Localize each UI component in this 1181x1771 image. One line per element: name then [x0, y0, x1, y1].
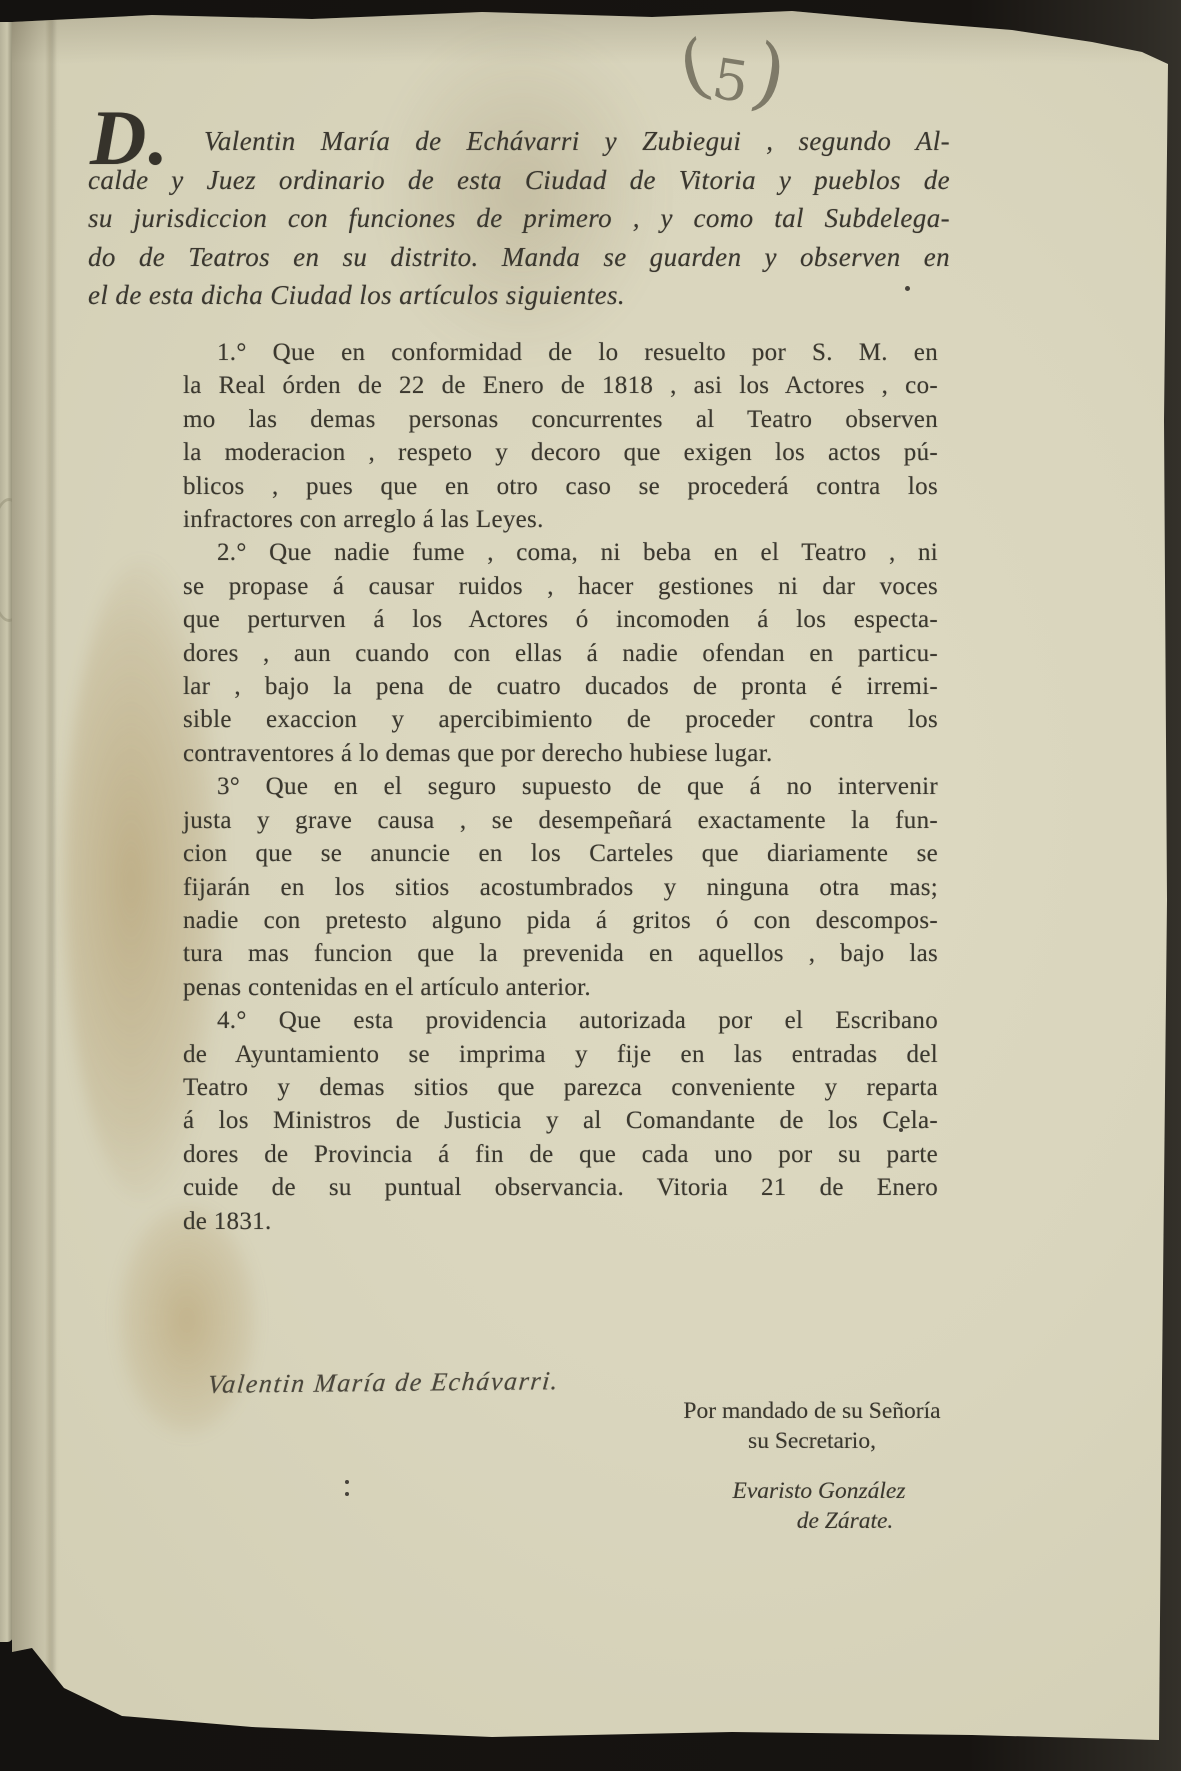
header-line: su jurisdiccion con funciones de primero…: [88, 199, 950, 238]
article-line: que perturven á los Actores ó incomoden …: [183, 603, 938, 636]
secretary-name: Evaristo González: [612, 1476, 1012, 1506]
header-line: do de Teatros en su distrito. Manda se g…: [88, 238, 950, 277]
article-line: tura mas funcion que la prevenida en aqu…: [183, 937, 938, 970]
drop-cap: D.: [90, 108, 170, 168]
mandate-line: Por mandado de su Señoría: [612, 1396, 1012, 1426]
article-line: cuide de su puntual observancia. Vitoria…: [183, 1171, 938, 1204]
article-line: de 1831.: [183, 1205, 938, 1238]
signature-script: Valentin María de Echávarri.: [206, 1366, 560, 1400]
article-line: mo las demas personas concurrentes al Te…: [183, 403, 938, 436]
article-line: contraventores á lo demas que por derech…: [183, 737, 938, 770]
document-header: D. Valentin María de Echávarri y Zubiegu…: [88, 122, 950, 315]
article-line: dores de Provincia á fin de que cada uno…: [183, 1138, 938, 1171]
article-line: 4.° Que esta providencia autorizada por …: [183, 1004, 938, 1037]
fold-crease: [45, 18, 57, 1718]
article-line: se propase á causar ruidos , hacer gesti…: [183, 570, 938, 603]
article-line: Teatro y demas sitios que parezca conven…: [183, 1071, 938, 1104]
article-line: 2.° Que nadie fume , coma, ni beba en el…: [183, 536, 938, 569]
scanned-document: (5) D. Valentin María de Echávarri y Zub…: [0, 0, 1181, 1771]
article-line: fijarán en los sitios acostumbrados y ni…: [183, 871, 938, 904]
ink-speck: [345, 1492, 349, 1496]
header-line: el de esta dicha Ciudad los artículos si…: [88, 276, 950, 315]
article-text: 1.° Que en conformidad de lo resuelto po…: [183, 336, 938, 1238]
article-line: lar , bajo la pena de cuatro ducados de …: [183, 670, 938, 703]
header-line: Valentin María de Echávarri y Zubiegui ,…: [88, 122, 950, 161]
article-line: 3° Que en el seguro supuesto de que á no…: [183, 770, 938, 803]
article-line: la moderacion , respeto y decoro que exi…: [183, 436, 938, 469]
secretary-name: de Zárate.: [612, 1506, 1012, 1536]
stain: [117, 1205, 257, 1435]
article-line: sible exaccion y apercibimiento de proce…: [183, 703, 938, 736]
page-sheet: (5) D. Valentin María de Echávarri y Zub…: [12, 0, 1168, 1771]
pencil-paren-close: ): [744, 26, 794, 123]
header-lines: Valentin María de Echávarri y Zubiegui ,…: [88, 122, 950, 315]
article-line: penas contenidas en el artículo anterior…: [183, 971, 938, 1004]
article-line: cion que se anuncie en los Carteles que …: [183, 837, 938, 870]
facing-page-edge: [0, 22, 13, 1642]
secretary-attribution: Por mandado de su Señoría su Secretario,…: [612, 1396, 1012, 1536]
handwritten-page-number: (5): [680, 18, 787, 111]
article-line: 1.° Que en conformidad de lo resuelto po…: [183, 336, 938, 369]
ink-speck: [345, 1480, 349, 1484]
article-line: justa y grave causa , se desempeñará exa…: [183, 804, 938, 837]
article-line: dores , aun cuando con ellas á nadie ofe…: [183, 637, 938, 670]
article-line: infractores con arreglo á las Leyes.: [183, 503, 938, 536]
header-line: calde y Juez ordinario de esta Ciudad de…: [88, 161, 950, 200]
article-line: nadie con pretesto alguno pida á gritos …: [183, 904, 938, 937]
article-line: á los Ministros de Justicia y al Comanda…: [183, 1104, 938, 1137]
article-line: blicos , pues que en otro caso se proced…: [183, 470, 938, 503]
mandate-line: su Secretario,: [612, 1426, 1012, 1456]
article-line: la Real órden de 22 de Enero de 1818 , a…: [183, 369, 938, 402]
article-line: de Ayuntamiento se imprima y fije en las…: [183, 1038, 938, 1071]
